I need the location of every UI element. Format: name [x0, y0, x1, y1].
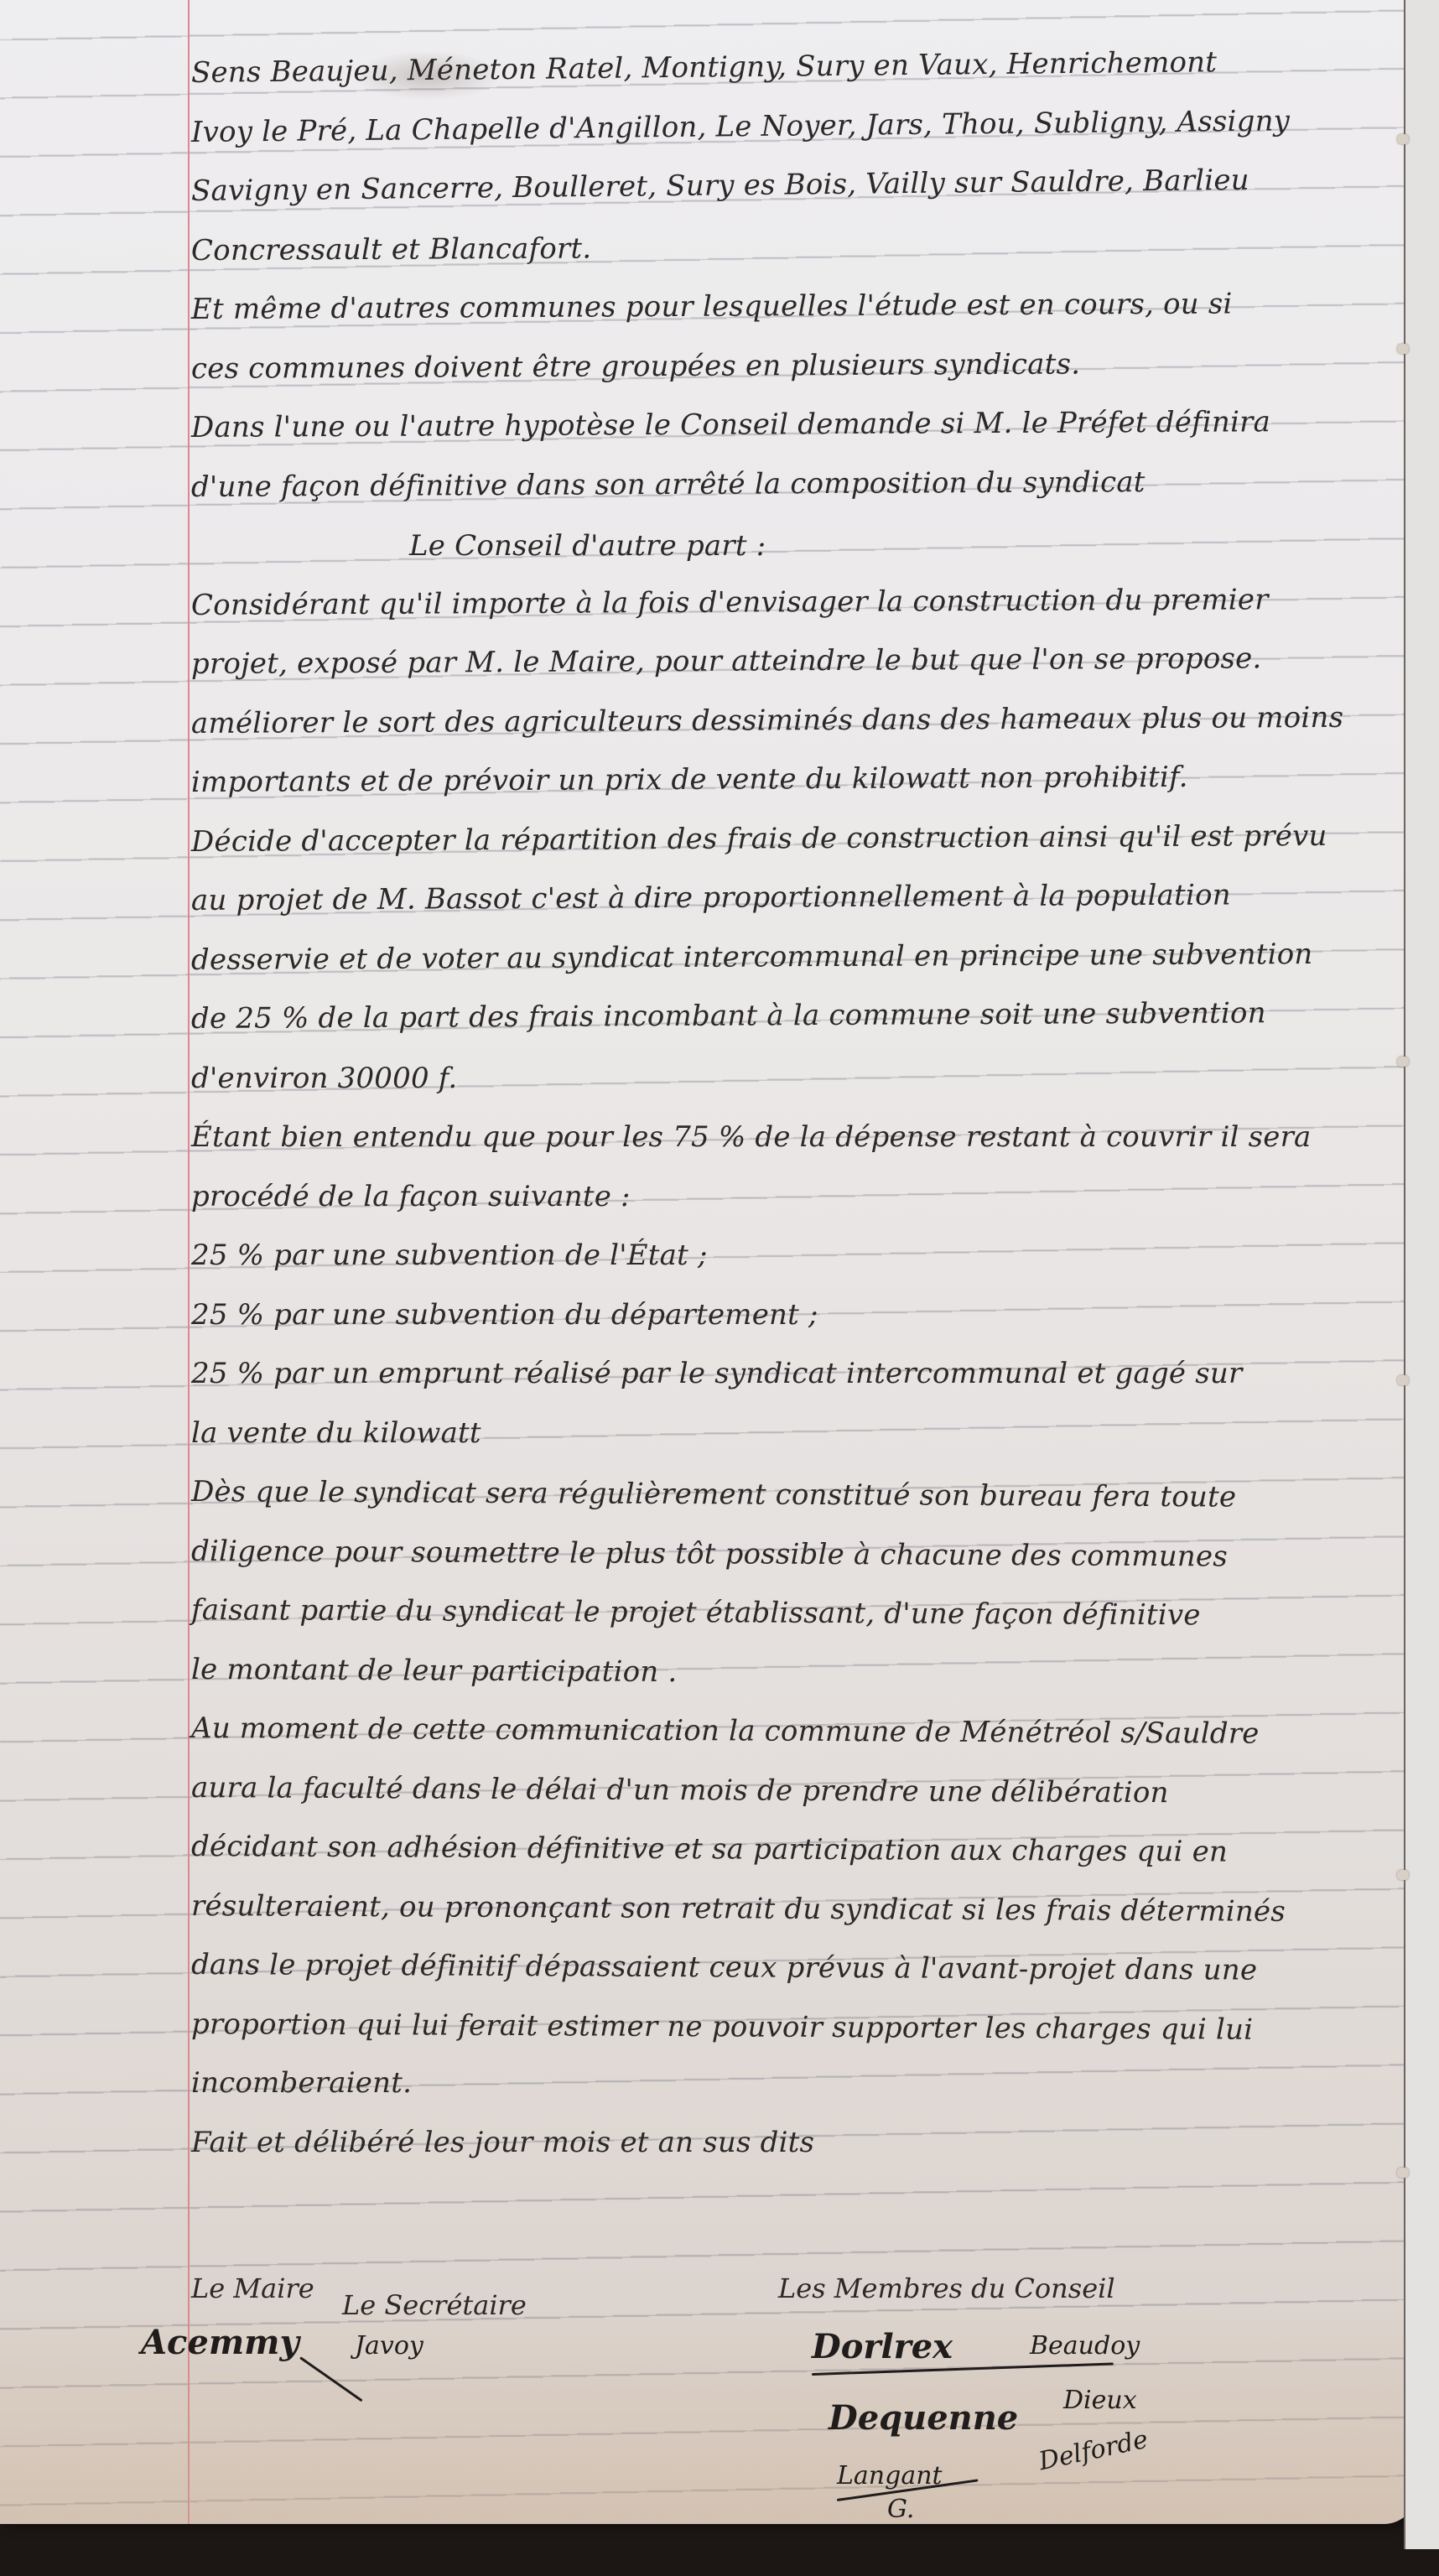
line-etant-entendu: Étant bien entendu que pour les 75 % de …: [191, 1108, 1390, 1167]
line-subvention-departement: 25 % par une subvention du département ;: [191, 1285, 1390, 1345]
secretary-label: Le Secrétaire: [342, 2289, 527, 2321]
line-au-moment: Au moment de cette communication la comm…: [191, 1699, 1390, 1764]
line-communes-4: Concressault et Blancafort.: [191, 215, 1390, 280]
line-syndicats: ces communes doivent être groupées en pl…: [191, 333, 1390, 398]
binding-stitch: [1397, 1057, 1409, 1067]
line-other-communes: Et même d'autres communes pour lesquelle…: [191, 274, 1390, 340]
line-procede: procédé de la façon suivante :: [191, 1167, 1390, 1227]
line-subvention-etat: 25 % par une subvention de l'État ;: [191, 1226, 1390, 1285]
line-vente-kilowatt: la vente du kilowatt: [191, 1404, 1390, 1463]
line-montant: le montant de leur participation .: [191, 1640, 1390, 1706]
secretary-signature: Javoy: [355, 2331, 423, 2360]
line-projet-definitif: dans le projet définitif dépassaient ceu…: [191, 1935, 1390, 2001]
signature-block: Le Maire Acemmy Le Secrétaire Javoy Les …: [191, 2281, 1390, 2524]
line-incomberaient: incomberaient.: [191, 2054, 1390, 2113]
line-considerant: Considérant qu'il importe à la fois d'en…: [191, 569, 1390, 635]
line-diligence: diligence pour soumettre le plus tôt pos…: [191, 1522, 1390, 1587]
line-communes-3: Savigny en Sancerre, Boulleret, Sury es …: [191, 149, 1391, 221]
member-signature-6: Delforde: [1036, 2425, 1151, 2477]
register-page: Sens Beaujeu, Méneton Ratel, Montigny, S…: [0, 0, 1417, 2524]
line-projet-bassot: au projet de M. Bassot c'est à dire prop…: [191, 865, 1390, 931]
line-composition: d'une façon définitive dans son arrêté l…: [191, 451, 1390, 517]
line-des-que: Dès que le syndicat sera régulièrement c…: [191, 1462, 1390, 1528]
line-environ: d'environ 30000 f.: [191, 1049, 1390, 1109]
mayor-signature-flourish: [299, 2356, 362, 2402]
mayor-signature: Acemmy: [141, 2323, 299, 2362]
line-ameliorer: améliorer le sort des agriculteurs dessi…: [191, 688, 1390, 753]
line-faculte: aura la faculté dans le délai d'un mois …: [191, 1758, 1390, 1824]
member-signature-1: Dorlrex: [812, 2327, 953, 2366]
binding-stitch: [1397, 1870, 1409, 1880]
line-resulteraient: résulteraient, ou prononçant son retrait…: [191, 1877, 1390, 1942]
line-emprunt: 25 % par un emprunt réalisé par le syndi…: [191, 1344, 1390, 1404]
line-projet-expose: projet, exposé par M. le Maire, pour att…: [191, 629, 1390, 694]
line-desservie: desservie et de voter au syndicat interc…: [191, 924, 1390, 989]
member-signature-4: Dieux: [1063, 2386, 1137, 2415]
line-faisant-partie: faisant partie du syndicat le projet éta…: [191, 1581, 1390, 1646]
red-margin-line: [188, 0, 190, 2524]
binding-stitch: [1397, 2168, 1409, 2178]
heading-conseil-autre-part: Le Conseil d'autre part :: [191, 517, 1390, 576]
adjacent-page-edge: [1404, 0, 1439, 2549]
binding-stitch: [1397, 1375, 1409, 1385]
mayor-label: Le Maire: [191, 2272, 314, 2304]
binding-stitch: [1397, 134, 1409, 144]
line-hypothese: Dans l'une ou l'autre hypotèse le Consei…: [191, 392, 1390, 458]
member-signature-7: G.: [887, 2495, 914, 2524]
handwritten-body: Sens Beaujeu, Méneton Ratel, Montigny, S…: [191, 44, 1390, 2172]
line-decide: Décide d'accepter la répartition des fra…: [191, 806, 1390, 871]
line-prix-kilowatt: importants et de prévoir un prix de vent…: [191, 747, 1390, 813]
line-fait-et-delibere: Fait et délibéré les jour mois et an sus…: [191, 2113, 1390, 2173]
council-members-label: Les Membres du Conseil: [778, 2272, 1115, 2304]
member-signature-3: Dequenne: [829, 2398, 1018, 2438]
line-proportion: proportion qui lui ferait estimer ne pou…: [191, 1995, 1390, 2060]
binding-stitch: [1397, 344, 1409, 354]
member-signature-2: Beaudoy: [1030, 2331, 1140, 2360]
line-25-percent: de 25 % de la part des frais incombant à…: [191, 984, 1390, 1049]
line-decidant: décidant son adhésion définitive et sa p…: [191, 1817, 1390, 1883]
